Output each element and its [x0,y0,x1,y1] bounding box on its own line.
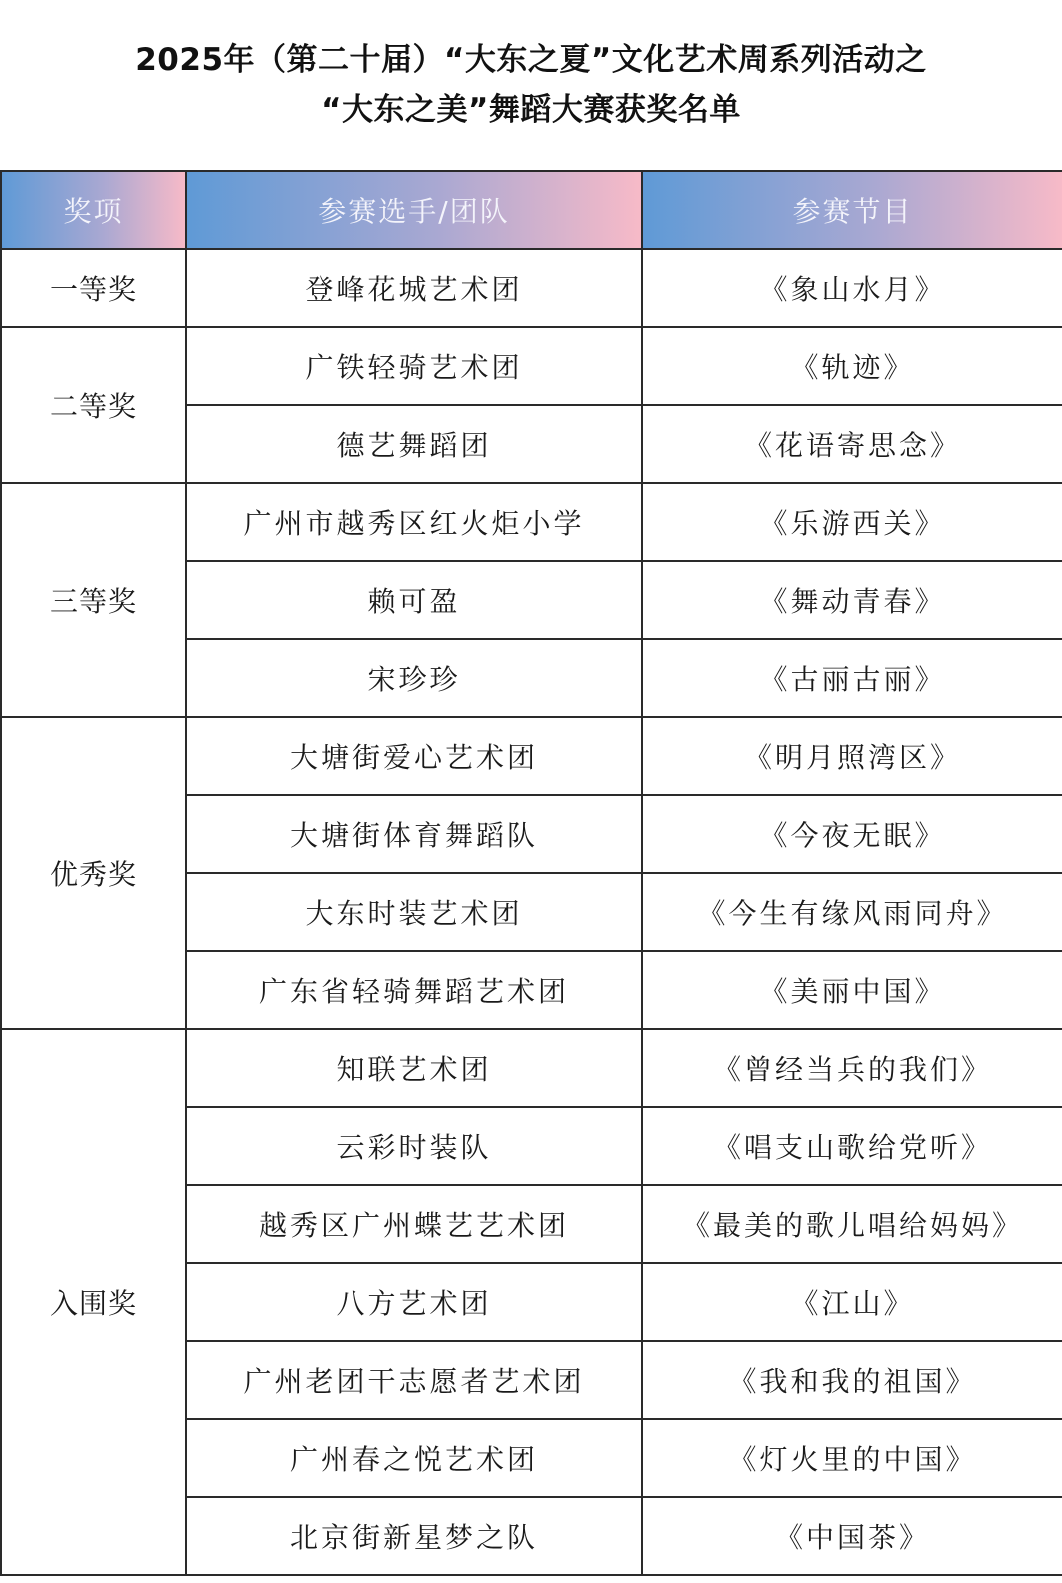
participant-cell: 宋珍珍 [186,639,642,717]
program-cell: 《曾经当兵的我们》 [642,1029,1062,1107]
participant-cell: 登峰花城艺术团 [186,249,642,327]
program-cell: 《今生有缘风雨同舟》 [642,873,1062,951]
title-line-1: 2025年（第二十届）“大东之夏”文化艺术周系列活动之 [135,35,927,85]
header-award: 奖项 [1,171,186,249]
participant-cell: 大东时装艺术团 [186,873,642,951]
program-cell: 《轨迹》 [642,327,1062,405]
participant-cell: 广东省轻骑舞蹈艺术团 [186,951,642,1029]
participant-cell: 大塘街爱心艺术团 [186,717,642,795]
program-cell: 《江山》 [642,1263,1062,1341]
participant-cell: 八方艺术团 [186,1263,642,1341]
document-title: 2025年（第二十届）“大东之夏”文化艺术周系列活动之 “大东之美”舞蹈大赛获奖… [0,0,1062,170]
participant-cell: 广铁轻骑艺术团 [186,327,642,405]
program-cell: 《灯火里的中国》 [642,1419,1062,1497]
program-cell: 《唱支山歌给党听》 [642,1107,1062,1185]
table-row: 一等奖 登峰花城艺术团 《象山水月》 [1,249,1062,327]
program-cell: 《最美的歌儿唱给妈妈》 [642,1185,1062,1263]
table-row: 二等奖 广铁轻骑艺术团 《轨迹》 [1,327,1062,405]
award-cell-first: 一等奖 [1,249,186,327]
participant-cell: 德艺舞蹈团 [186,405,642,483]
participant-cell: 北京街新星梦之队 [186,1497,642,1575]
participant-cell: 知联艺术团 [186,1029,642,1107]
award-cell-second: 二等奖 [1,327,186,483]
program-cell: 《美丽中国》 [642,951,1062,1029]
award-cell-third: 三等奖 [1,483,186,717]
program-cell: 《今夜无眠》 [642,795,1062,873]
program-cell: 《中国茶》 [642,1497,1062,1575]
awards-table: 奖项 参赛选手/团队 参赛节目 一等奖 登峰花城艺术团 《象山水月》 二等奖 广… [0,170,1062,1576]
award-cell-excellence: 优秀奖 [1,717,186,1029]
header-participant: 参赛选手/团队 [186,171,642,249]
program-cell: 《舞动青春》 [642,561,1062,639]
program-cell: 《乐游西关》 [642,483,1062,561]
participant-cell: 广州老团干志愿者艺术团 [186,1341,642,1419]
program-cell: 《古丽古丽》 [642,639,1062,717]
award-cell-finalist: 入围奖 [1,1029,186,1575]
header-row: 奖项 参赛选手/团队 参赛节目 [1,171,1062,249]
participant-cell: 越秀区广州蝶艺艺术团 [186,1185,642,1263]
participant-cell: 广州市越秀区红火炬小学 [186,483,642,561]
participant-cell: 大塘街体育舞蹈队 [186,795,642,873]
participant-cell: 云彩时装队 [186,1107,642,1185]
participant-cell: 赖可盈 [186,561,642,639]
program-cell: 《我和我的祖国》 [642,1341,1062,1419]
title-line-2: “大东之美”舞蹈大赛获奖名单 [321,85,741,135]
program-cell: 《花语寄思念》 [642,405,1062,483]
table-row: 三等奖 广州市越秀区红火炬小学 《乐游西关》 [1,483,1062,561]
participant-cell: 广州春之悦艺术团 [186,1419,642,1497]
program-cell: 《明月照湾区》 [642,717,1062,795]
header-program: 参赛节目 [642,171,1062,249]
program-cell: 《象山水月》 [642,249,1062,327]
table-row: 优秀奖 大塘街爱心艺术团 《明月照湾区》 [1,717,1062,795]
table-row: 入围奖 知联艺术团 《曾经当兵的我们》 [1,1029,1062,1107]
